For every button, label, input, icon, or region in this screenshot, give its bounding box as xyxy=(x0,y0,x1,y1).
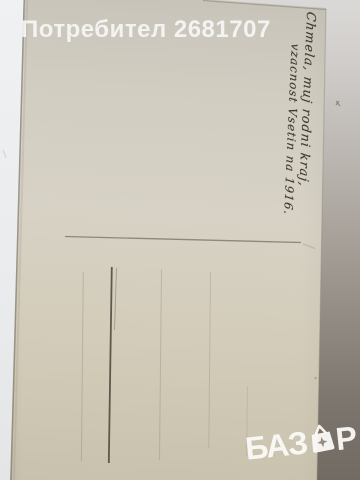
bazar-logo-text-right: Р xyxy=(334,421,358,455)
bazar-logo-text-left: БАЗ xyxy=(244,426,309,464)
user-watermark: Потребител 2681707 xyxy=(21,16,271,44)
bazar-bag-icon xyxy=(306,420,337,455)
background-speck xyxy=(336,101,340,106)
postcard-listing-photo[interactable]: Chmela, muj rodni kraj, vzacnost Vsetin … xyxy=(0,0,360,480)
